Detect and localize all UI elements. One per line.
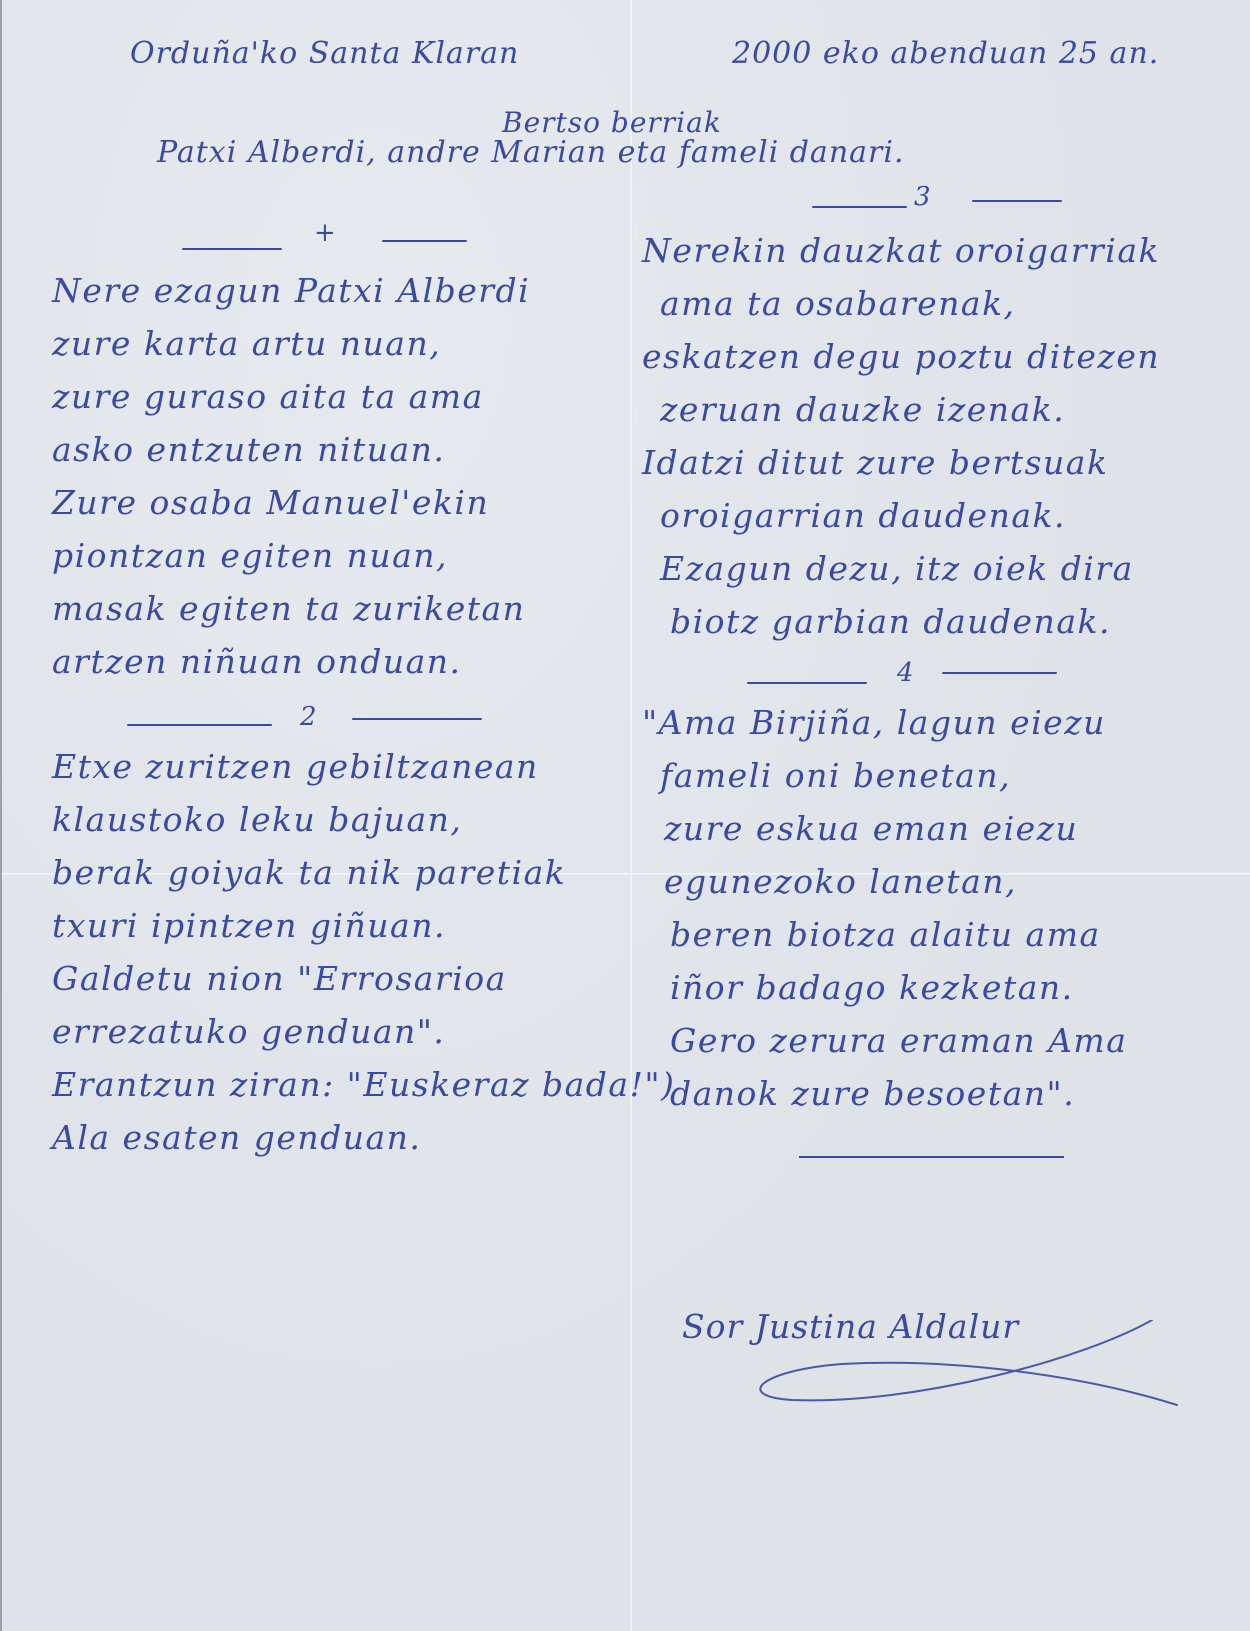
verse-line: Ezagun dezu, itz oiek dira xyxy=(642,542,1222,595)
verse-line: berak goiyak ta nik paretiak xyxy=(52,846,622,899)
verse-line: ama ta osabarenak, xyxy=(642,277,1222,330)
verse-line: fameli oni benetan, xyxy=(642,749,1222,802)
letter-page: Orduña'ko Santa Klaran 2000 eko abenduan… xyxy=(0,0,1250,1631)
verse-line: artzen niñuan onduan. xyxy=(52,635,622,688)
verse-line: masak egiten ta zuriketan xyxy=(52,582,622,635)
verse-line: Erantzun ziran: "Euskeraz bada!") xyxy=(52,1058,622,1111)
stanza-separator: + xyxy=(52,220,622,264)
verse-line: "Ama Birjiña, lagun eiezu xyxy=(642,696,1222,749)
verse-line: Ala esaten genduan. xyxy=(52,1111,622,1164)
verse-line: iñor badago kezketan. xyxy=(642,961,1222,1014)
verse-line: beren biotza alaitu ama xyxy=(642,908,1222,961)
right-column: 3 Nerekin dauzkat oroigarriak ama ta osa… xyxy=(642,180,1222,1120)
verse-line: asko entzuten nituan. xyxy=(52,423,622,476)
closing-line xyxy=(799,1156,1064,1158)
separator-line-right xyxy=(972,200,1062,202)
verse-line: danok zure besoetan". xyxy=(642,1067,1222,1120)
verse-line: Nere ezagun Patxi Alberdi xyxy=(52,264,622,317)
verse-line: oroigarrian daudenak. xyxy=(642,489,1222,542)
left-column: + Nere ezagun Patxi Alberdi zure karta a… xyxy=(52,220,622,1164)
verse-line: eskatzen degu poztu ditezen xyxy=(642,330,1222,383)
verse-line: zeruan dauzke izenak. xyxy=(642,383,1222,436)
verse-line: Etxe zuritzen gebiltzanean xyxy=(52,740,622,793)
verse-line: Idatzi ditut zure bertsuak xyxy=(642,436,1222,489)
header-place: Orduña'ko Santa Klaran xyxy=(130,36,519,71)
verse-line: Nerekin dauzkat oroigarriak xyxy=(642,224,1222,277)
stanza-4: 4 "Ama Birjiña, lagun eiezu fameli oni b… xyxy=(642,652,1222,1120)
stanza-marker: 2 xyxy=(300,702,317,732)
dedication: Patxi Alberdi, andre Marian eta fameli d… xyxy=(157,135,905,170)
header-date: 2000 eko abenduan 25 an. xyxy=(732,36,1159,71)
stanza-marker: 3 xyxy=(914,182,931,212)
verse-line: egunezoko lanetan, xyxy=(642,855,1222,908)
stanza-separator: 3 xyxy=(642,180,1222,224)
verse-line: Gero zerura eraman Ama xyxy=(642,1014,1222,1067)
vertical-fold-crease xyxy=(630,0,633,1631)
separator-line-left xyxy=(127,724,272,726)
separator-line-left xyxy=(182,248,282,250)
stanza-1: + Nere ezagun Patxi Alberdi zure karta a… xyxy=(52,220,622,688)
verse-line: Zure osaba Manuel'ekin xyxy=(52,476,622,529)
verse-line: biotz garbian daudenak. xyxy=(642,595,1222,648)
separator-line-right xyxy=(942,672,1057,674)
stanza-marker: + xyxy=(314,218,336,248)
verse-line: Galdetu nion "Errosarioa xyxy=(52,952,622,1005)
verse-line: zure karta artu nuan, xyxy=(52,317,622,370)
signature-flourish-icon xyxy=(752,1320,1232,1430)
verse-line: klaustoko leku bajuan, xyxy=(52,793,622,846)
stanza-3: 3 Nerekin dauzkat oroigarriak ama ta osa… xyxy=(642,180,1222,648)
verse-line: txuri ipintzen giñuan. xyxy=(52,899,622,952)
separator-line-left xyxy=(812,206,907,208)
separator-line-right xyxy=(382,240,467,242)
verse-line: errezatuko genduan". xyxy=(52,1005,622,1058)
stanza-separator: 2 xyxy=(52,696,622,740)
verse-line: zure eskua eman eiezu xyxy=(642,802,1222,855)
separator-line-left xyxy=(747,682,867,684)
stanza-separator: 4 xyxy=(642,652,1222,696)
verse-line: piontzan egiten nuan, xyxy=(52,529,622,582)
verse-line: zure guraso aita ta ama xyxy=(52,370,622,423)
separator-line-right xyxy=(352,718,482,720)
stanza-2: 2 Etxe zuritzen gebiltzanean klaustoko l… xyxy=(52,696,622,1164)
stanza-marker: 4 xyxy=(897,658,914,688)
